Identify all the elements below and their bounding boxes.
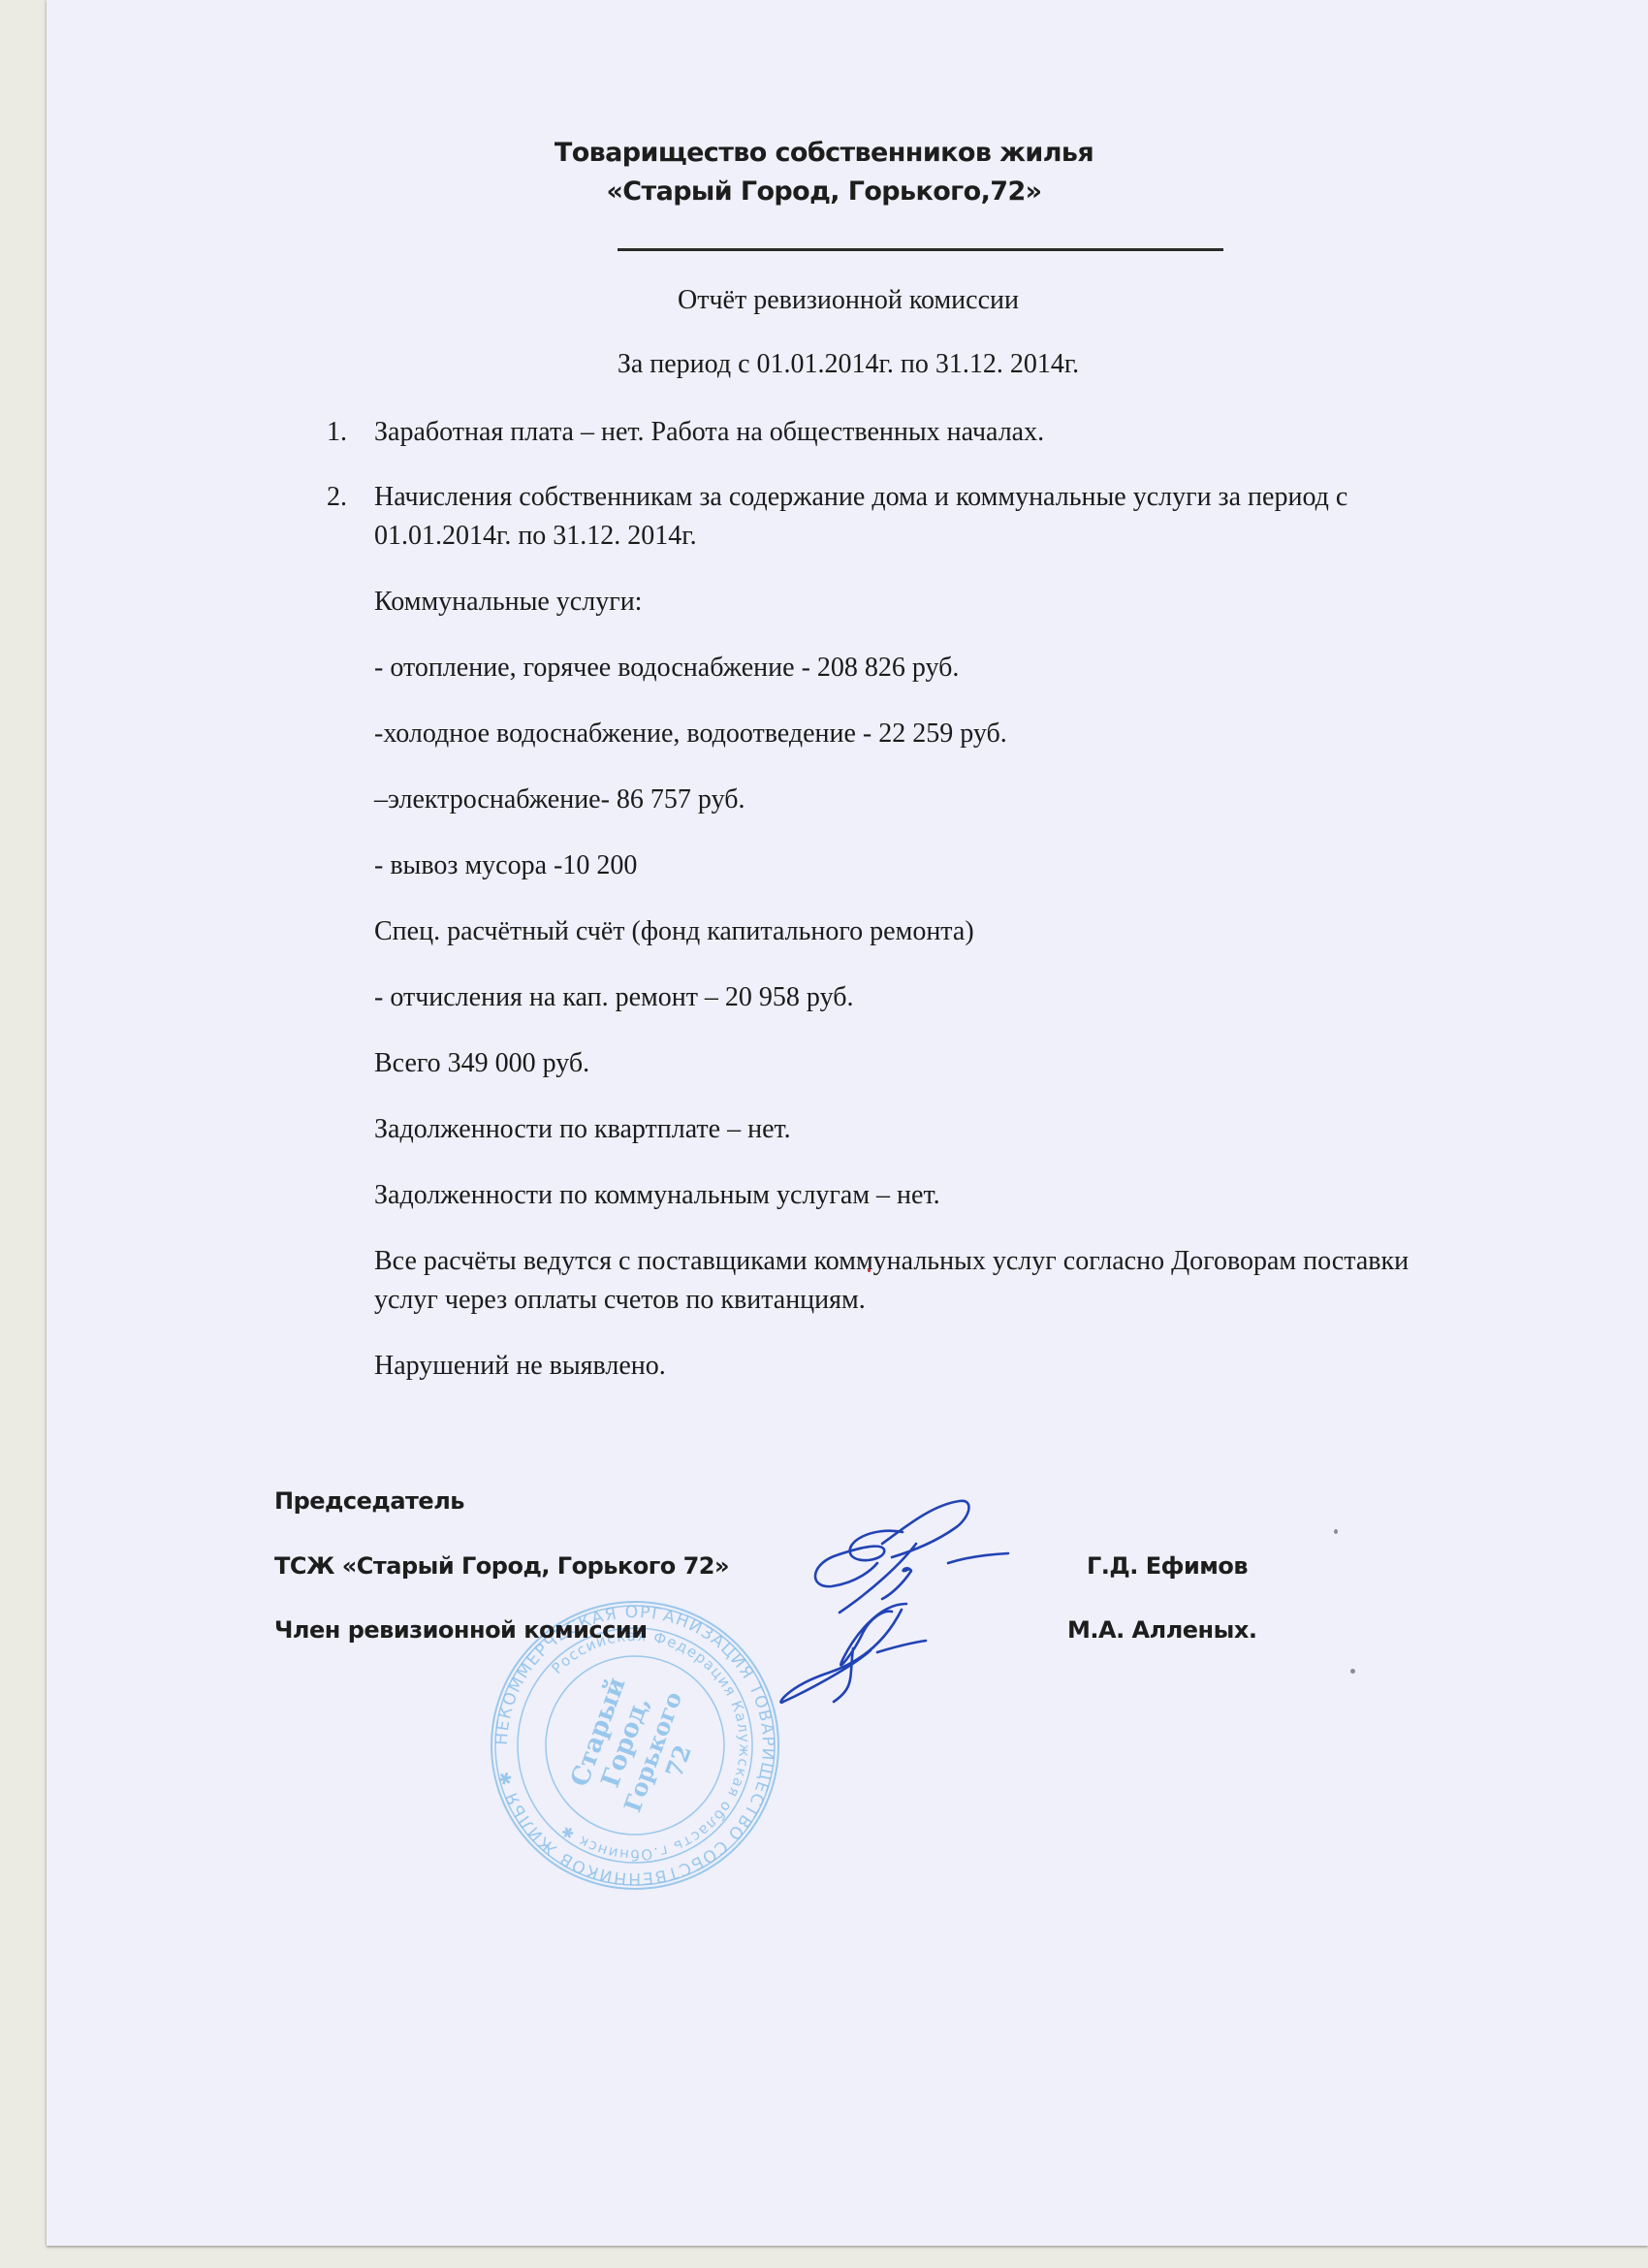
dust-speck	[1350, 1669, 1355, 1674]
dust-speck	[1334, 1529, 1338, 1534]
member-signature-icon	[780, 1604, 926, 1703]
chairman-signature-icon	[815, 1501, 1008, 1613]
signatures	[0, 0, 1648, 2268]
red-mark	[868, 1268, 871, 1272]
